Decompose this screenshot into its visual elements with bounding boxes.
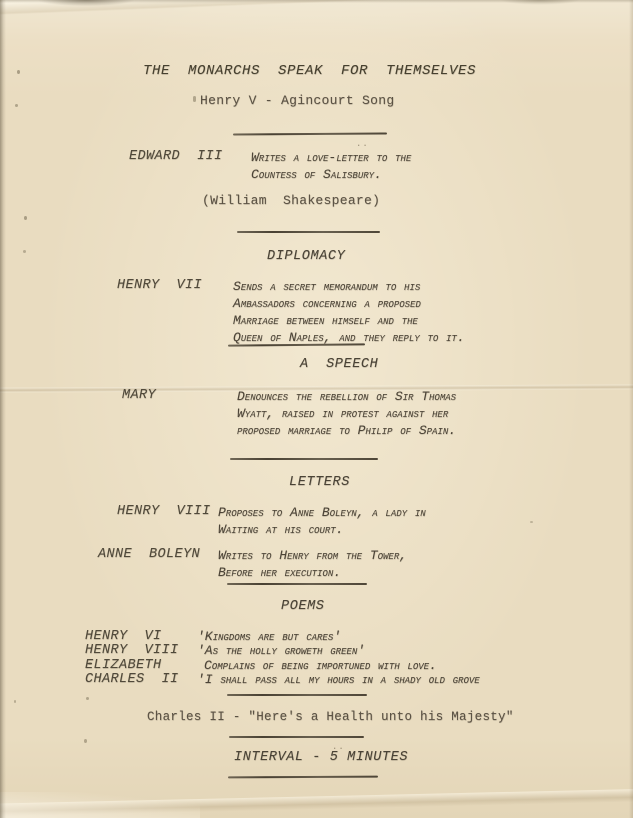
monarch-name-elizabeth: ELIZABETH [85,658,162,673]
paper-speck [24,216,27,220]
closing-song-charles-ii: Charles II - "Here's a Health unto his M… [147,710,514,724]
paper-speck [193,96,196,102]
interval-heading: INTERVAL - 5 MINUTES [234,750,408,765]
entry-description: Proposes to Anne Boleyn, a lady in Waiti… [218,504,426,538]
smudge-top-left [38,0,134,6]
entry-description: Writes a love-letter to the Countess of … [251,149,411,183]
poem-line: 'As the holly groweth green' [197,643,365,658]
poem-line: 'Kingdoms are but cares' [197,629,341,644]
description-line: Wyatt, raised in protest against her [237,405,456,422]
scan-edge-shadow-left [0,0,6,818]
corner-highlight [0,792,200,818]
smudge-top-right [500,0,580,5]
subtitle-henry-v-agincourt: Henry V - Agincourt Song [200,93,394,108]
section-heading-a-speech: A SPEECH [300,357,378,372]
paper-speck [530,521,533,523]
description-line: Waiting at his court. [218,521,426,538]
description-line: Writes a love-letter to the [251,149,411,166]
poem-line: 'I shall pass all my hours in a shady ol… [197,672,480,687]
monarch-name-charles-ii: CHARLES II [85,672,179,687]
section-heading-letters: LETTERS [289,475,350,490]
description-line: Marriage between himself and the [233,312,465,329]
divider-rule [229,736,364,738]
description-line: proposed marriage to Philip of Spain. [237,422,456,439]
paper-speck [14,700,16,703]
entry-description: Writes to Henry from the Tower, Before h… [218,547,407,581]
credit-william-shakespeare: (William Shakespeare) [202,193,380,208]
entry-description: Denounces the rebellion of Sir Thomas Wy… [237,388,456,439]
poem-line: Complains of being importuned with love. [204,658,437,673]
scanned-program-page: THE MONARCHS SPEAK FOR THEMSELVES Henry … [0,0,633,818]
entry-description: Sends a secret memorandum to his Ambassa… [233,278,465,346]
paper-speck [86,697,89,700]
monarch-name-mary: MARY [122,388,156,403]
paper-speck [17,70,20,74]
description-line: Writes to Henry from the Tower, [218,547,407,564]
divider-rule [228,343,365,346]
description-line: Countess of Salisbury. [251,166,411,183]
divider-rule [227,583,367,585]
divider-rule [233,132,387,135]
scan-edge-shadow-right [629,0,633,818]
page-title: THE MONARCHS SPEAK FOR THEMSELVES [143,63,476,79]
divider-rule [237,231,380,233]
ditto-mark: .. [356,139,369,149]
section-heading-poems: POEMS [281,599,325,614]
divider-rule [228,776,378,779]
paper-speck [15,104,18,107]
description-line: Ambassadors concerning a proposed [233,295,465,312]
monarch-name-edward-iii: EDWARD III [129,149,223,164]
description-line: Sends a secret memorandum to his [233,278,465,295]
section-heading-diplomacy: DIPLOMACY [267,249,345,264]
monarch-name-anne-boleyn: ANNE BOLEYN [98,547,200,562]
monarch-name-henry-viii: HENRY VIII [117,504,211,519]
divider-rule [230,458,378,460]
monarch-name-henry-viii-poem: HENRY VIII [85,643,179,658]
description-line: Before her execution. [218,564,407,581]
monarch-name-henry-vii: HENRY VII [117,278,202,293]
paper-speck [23,250,26,253]
paper-speck [84,739,87,743]
divider-rule [227,694,367,696]
description-line: Proposes to Anne Boleyn, a lady in [218,504,426,521]
description-line: Denounces the rebellion of Sir Thomas [237,388,456,405]
monarch-name-henry-vi: HENRY VI [85,629,162,644]
